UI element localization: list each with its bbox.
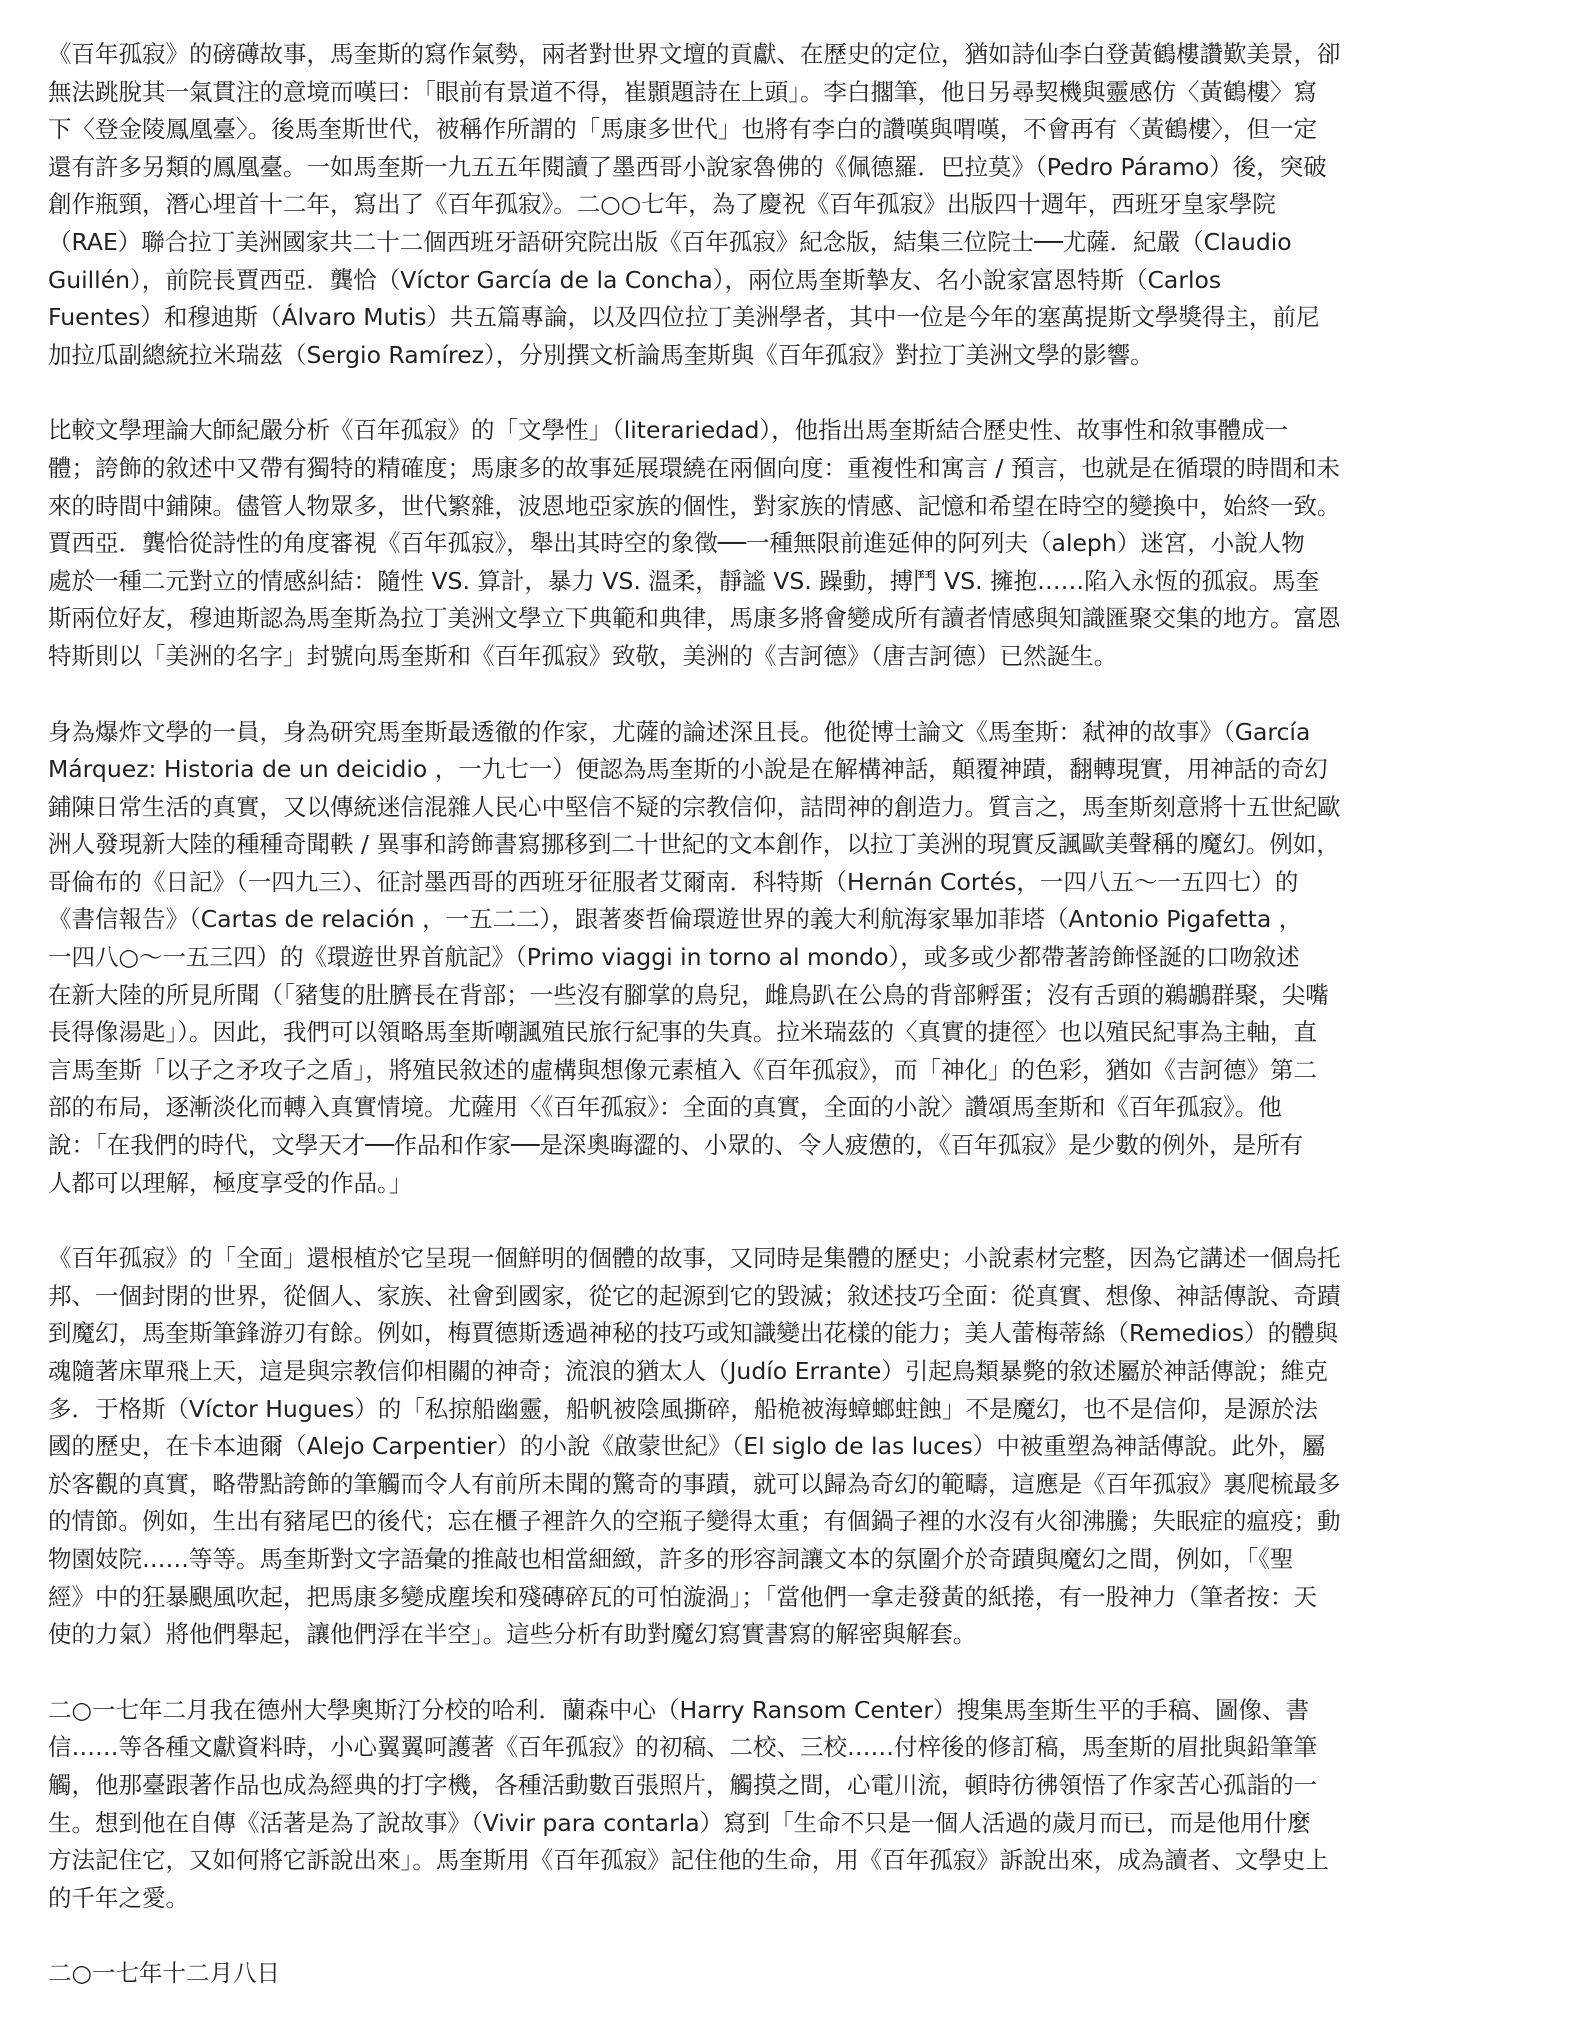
text-line: （RAE）聯合拉丁美洲國家共二十二個西班牙語研究院出版《百年孤寂》紀念版，結集三…: [48, 224, 1488, 262]
text-line: Fuentes）和穆迪斯（Álvaro Mutis）共五篇專論，以及四位拉丁美洲…: [48, 299, 1488, 337]
text-line: 加拉瓜副總統拉米瑞茲（Sergio Ramírez），分別撰文析論馬奎斯與《百年…: [48, 337, 1488, 375]
paragraph-3: 身為爆炸文學的一員，身為研究馬奎斯最透徹的作家，尤薩的論述深且長。他從博士論文《…: [48, 714, 1488, 1203]
text-line: 創作瓶頸，潛心埋首十二年，寫出了《百年孤寂》。二○○七年，為了慶祝《百年孤寂》出…: [48, 186, 1488, 224]
text-line: 部的布局，逐漸淡化而轉入真實情境。尤薩用〈《百年孤寂》：全面的真實，全面的小說〉…: [48, 1089, 1488, 1127]
text-line: 一四八○～一五三四）的《環遊世界首航記》（Primo viaggi in tor…: [48, 939, 1488, 977]
text-line: 哥倫布的《日記》（一四九三）、征討墨西哥的西班牙征服者艾爾南．科特斯（Herná…: [48, 864, 1488, 902]
signature-date: 二○一七年十二月八日: [48, 1955, 1488, 1993]
text-line: Márquez: Historia de un deicidio ，一九七一）便…: [48, 751, 1488, 789]
text-line: 鋪陳日常生活的真實，又以傳統迷信混雜人民心中堅信不疑的宗教信仰，詰問神的創造力。…: [48, 789, 1488, 827]
text-line: 在新大陸的所見所聞（「豬隻的肚臍長在背部；一些沒有腳掌的鳥兒，雌鳥趴在公鳥的背部…: [48, 977, 1488, 1015]
text-line: 長得像湯匙」）。因此，我們可以領略馬奎斯嘲諷殖民旅行紀事的失真。拉米瑞茲的〈真實…: [48, 1014, 1488, 1052]
text-line: 二○一七年二月我在德州大學奧斯汀分校的哈利．蘭森中心（Harry Ransom …: [48, 1692, 1488, 1730]
text-line: 經》中的狂暴颶風吹起，把馬康多變成塵埃和殘磚碎瓦的可怕漩渦」；「當他們一拿走發黃…: [48, 1579, 1488, 1617]
text-line: 特斯則以「美洲的名字」封號向馬奎斯和《百年孤寂》致敬，美洲的《吉訶德》（唐吉訶德…: [48, 638, 1488, 676]
text-line: 處於一種二元對立的情感糾結：隨性 VS. 算計，暴力 VS. 溫柔，靜謐 VS.…: [48, 563, 1488, 601]
text-line: 賈西亞．龔恰從詩性的角度審視《百年孤寂》，舉出其時空的象徵──一種無限前進延伸的…: [48, 525, 1488, 563]
text-line: 到魔幻，馬奎斯筆鋒游刃有餘。例如，梅賈德斯透過神秘的技巧或知識變出花樣的能力；美…: [48, 1315, 1488, 1353]
text-line: 物園妓院……等等。馬奎斯對文字語彙的推敲也相當細緻，許多的形容詞讓文本的氛圍介於…: [48, 1541, 1488, 1579]
text-line: 方法記住它，又如何將它訴說出來」。馬奎斯用《百年孤寂》記住他的生命，用《百年孤寂…: [48, 1842, 1488, 1880]
text-line: 多．于格斯（Víctor Hugues）的「私掠船幽靈，船帆被陰風撕碎，船桅被海…: [48, 1391, 1488, 1429]
text-line: 還有許多另類的鳳凰臺。一如馬奎斯一九五五年閱讀了墨西哥小說家魯佛的《佩德羅．巴拉…: [48, 149, 1488, 187]
text-line: 《書信報告》（Cartas de relación ，一五二二），跟著麥哲倫環遊…: [48, 901, 1488, 939]
paragraph-4: 《百年孤寂》的「全面」還根植於它呈現一個鮮明的個體的故事，又同時是集體的歷史；小…: [48, 1240, 1488, 1654]
text-line: 信……等各種文獻資料時，小心翼翼呵護著《百年孤寂》的初稿、二校、三校……付梓後的…: [48, 1729, 1488, 1767]
text-line: 下〈登金陵鳳凰臺〉。後馬奎斯世代，被稱作所謂的「馬康多世代」也將有李白的讚嘆與喟…: [48, 111, 1488, 149]
text-line: 邦、一個封閉的世界，從個人、家族、社會到國家，從它的起源到它的毀滅；敘述技巧全面…: [48, 1278, 1488, 1316]
text-line: 的情節。例如，生出有豬尾巴的後代；忘在櫃子裡許久的空瓶子變得太重；有個鍋子裡的水…: [48, 1503, 1488, 1541]
text-line: 洲人發現新大陸的種種奇聞軼 / 異事和誇飾書寫挪移到二十世紀的文本創作，以拉丁美…: [48, 826, 1488, 864]
text-line: 使的力氣）將他們舉起，讓他們浮在半空」。這些分析有助對魔幻寫實書寫的解密與解套。: [48, 1616, 1488, 1654]
text-line: 《百年孤寂》的「全面」還根植於它呈現一個鮮明的個體的故事，又同時是集體的歷史；小…: [48, 1240, 1488, 1278]
date-line: 二○一七年十二月八日: [48, 1955, 1488, 1993]
paragraph-2: 比較文學理論大師紀嚴分析《百年孤寂》的「文學性」（literariedad），他…: [48, 412, 1488, 675]
text-line: 觸，他那臺跟著作品也成為經典的打字機，各種活動數百張照片，觸摸之間，心電川流，頓…: [48, 1767, 1488, 1805]
text-line: 無法跳脫其一氣貫注的意境而嘆曰：「眼前有景道不得，崔顥題詩在上頭」。李白擱筆，他…: [48, 74, 1488, 112]
text-line: 言馬奎斯「以子之矛攻子之盾」，將殖民敘述的虛構與想像元素植入《百年孤寂》，而「神…: [48, 1052, 1488, 1090]
text-line: 生。想到他在自傳《活著是為了說故事》（Vivir para contarla）寫…: [48, 1805, 1488, 1843]
text-line: 斯兩位好友，穆迪斯認為馬奎斯為拉丁美洲文學立下典範和典律，馬康多將會變成所有讀者…: [48, 600, 1488, 638]
text-line: 國的歷史，在卡本迪爾（Alejo Carpentier）的小說《啟蒙世紀》（El…: [48, 1428, 1488, 1466]
text-line: 的千年之愛。: [48, 1880, 1488, 1918]
text-line: 體；誇飾的敘述中又帶有獨特的精確度；馬康多的故事延展環繞在兩個向度：重複性和寓言…: [48, 450, 1488, 488]
text-line: 人都可以理解，極度享受的作品。」: [48, 1165, 1488, 1203]
text-line: 比較文學理論大師紀嚴分析《百年孤寂》的「文學性」（literariedad），他…: [48, 412, 1488, 450]
paragraph-5: 二○一七年二月我在德州大學奧斯汀分校的哈利．蘭森中心（Harry Ransom …: [48, 1692, 1488, 1918]
document-body: 《百年孤寂》的磅礡故事，馬奎斯的寫作氣勢，兩者對世界文壇的貢獻、在歷史的定位，猶…: [48, 36, 1488, 2031]
text-line: 說：「在我們的時代，文學天才──作品和作家──是深奧晦澀的、小眾的、令人疲憊的，…: [48, 1127, 1488, 1165]
text-line: 來的時間中鋪陳。儘管人物眾多，世代繁雜，波恩地亞家族的個性，對家族的情感、記憶和…: [48, 488, 1488, 526]
text-line: 《百年孤寂》的磅礡故事，馬奎斯的寫作氣勢，兩者對世界文壇的貢獻、在歷史的定位，猶…: [48, 36, 1488, 74]
text-line: 魂隨著床單飛上天，這是與宗教信仰相關的神奇；流浪的猶太人（Judío Erran…: [48, 1353, 1488, 1391]
text-line: Guillén），前院長賈西亞．龔恰（Víctor García de la C…: [48, 262, 1488, 300]
text-line: 於客觀的真實，略帶點誇飾的筆觸而令人有前所未聞的驚奇的事蹟，就可以歸為奇幻的範疇…: [48, 1466, 1488, 1504]
text-line: 身為爆炸文學的一員，身為研究馬奎斯最透徹的作家，尤薩的論述深且長。他從博士論文《…: [48, 714, 1488, 752]
paragraph-1: 《百年孤寂》的磅礡故事，馬奎斯的寫作氣勢，兩者對世界文壇的貢獻、在歷史的定位，猶…: [48, 36, 1488, 374]
